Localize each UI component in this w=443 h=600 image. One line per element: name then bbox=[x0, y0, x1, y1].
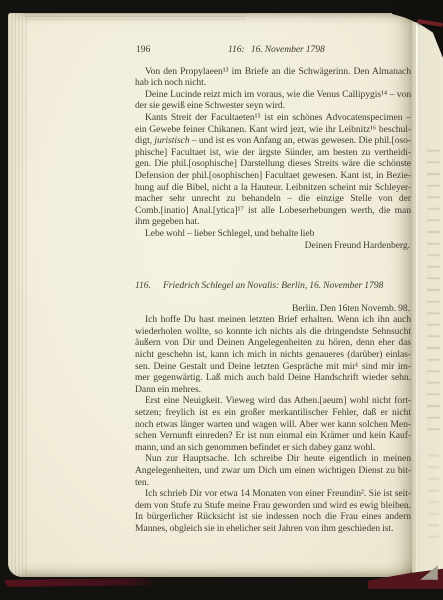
letter-signature: Deinen Freund Hardenberg. bbox=[135, 240, 411, 252]
text-line: In bürgerlicher Rücksicht ist sie indess… bbox=[135, 511, 411, 523]
text-line: äußern von Dir und Deinen Angelegenheite… bbox=[135, 337, 411, 349]
running-header: 116: 16. November 1798 bbox=[228, 44, 325, 56]
letter-heading: 116.Friedrich Schlegel an Novalis: Berli… bbox=[135, 280, 411, 292]
letter-number: 116. bbox=[135, 280, 153, 292]
book-cover-accent-bottom-left bbox=[5, 578, 157, 587]
text-line: Lebe wohl – lieber Schlegel, und behalte… bbox=[135, 228, 411, 240]
text-line: mer gegenwärtig. Laß mich auch bald Dein… bbox=[135, 372, 411, 384]
facing-page-ghost-text bbox=[427, 150, 440, 430]
printed-text-block: 196 116: 16. November 1798 Von den Propy… bbox=[135, 44, 411, 535]
text-line: wiederholen wollte, so konnte ich nichts… bbox=[135, 326, 411, 338]
text-line: ten. bbox=[135, 477, 411, 489]
page-folio: 196 bbox=[136, 44, 150, 56]
text-line: gen. Die phil.[osophische] Darstellung d… bbox=[135, 158, 411, 170]
text-line: Dann ein mehres. bbox=[135, 384, 411, 396]
text-line: Ich schrieb Dir vor etwa 14 Monaten von … bbox=[135, 488, 411, 500]
text-line: Nun zur Hauptsache. Ich schreibe Dir heu… bbox=[135, 453, 411, 465]
text-line: phische] Facultaet ist, wie der ärgste S… bbox=[135, 147, 411, 159]
text-line: noch etwas länger warten und wagen will.… bbox=[135, 419, 411, 431]
text-line: mann, und an sich genommen befindet er s… bbox=[135, 442, 411, 454]
text-line: sen. Deine Gestalt und Deine letzten Ges… bbox=[135, 361, 411, 373]
schlegel-letter-body: Ich hoffe Du hast meinen letzten Brief e… bbox=[135, 314, 411, 534]
text-line: der sie gewiß eine Schwester seyn wird. bbox=[135, 100, 411, 112]
facing-page-ghost-text bbox=[428, 455, 439, 545]
letter-title: Friedrich Schlegel an Novalis: Berlin, 1… bbox=[163, 280, 383, 291]
text-line: Angelegenheiten, und zwar um Dich um ein… bbox=[135, 465, 411, 477]
text-line: Mannes, obgleich sie in ehelicher seit J… bbox=[135, 523, 411, 535]
text-line: setzen; freylich ist es ein großer merka… bbox=[135, 407, 411, 419]
text-line: Erst eine Neuigkeit. Vieweg wird das Ath… bbox=[135, 395, 411, 407]
page-stack-top-edge bbox=[26, 13, 246, 20]
text-line: dem von Stufe zu Stufe meine Frau geword… bbox=[135, 500, 411, 512]
text-line: Comb.[inatio] Anal.[ytica]¹⁷ ist alle Lo… bbox=[135, 205, 411, 217]
text-line: macher sehr unrecht zu behandeln – die e… bbox=[135, 193, 411, 205]
text-line: hab ich noch nicht. bbox=[135, 77, 411, 89]
text-line: nicht geschehn ist, kann ich mich in nic… bbox=[135, 349, 411, 361]
text-line: Von den Propylaeen¹³ im Briefe an die Sc… bbox=[135, 66, 411, 78]
text-line: hung auf die Bibel, nicht a la Hauteur. … bbox=[135, 182, 411, 194]
text-line: Deine Lucinde reizt mich im voraus, wie … bbox=[135, 89, 411, 101]
text-line: Kants Streit der Facultaeten¹⁵ ist ein s… bbox=[135, 112, 411, 124]
text-line: ihm gegeben hat. bbox=[135, 216, 411, 228]
page-stack-left-edge bbox=[8, 13, 29, 577]
text-line: Ich hoffe Du hast meinen letzten Brief e… bbox=[135, 314, 411, 326]
text-line: schen Vernunft einreden? Er ist nun einm… bbox=[135, 430, 411, 442]
text-line: ein Gewebe feiner Chikanen. Kant wird je… bbox=[135, 124, 411, 136]
hardenberg-letter-body: Von den Propylaeen¹³ im Briefe an die Sc… bbox=[135, 66, 411, 240]
letter-dateline: Berlin. Den 16ten Novemb. 98. bbox=[135, 303, 411, 315]
text-line: Defension der phil.[osophischen] Faculta… bbox=[135, 170, 411, 182]
page-header: 196 116: 16. November 1798 bbox=[135, 44, 411, 56]
gutter-highlight bbox=[416, 16, 418, 572]
text-line: digt, juristisch – und ist es von Anfang… bbox=[135, 135, 411, 147]
